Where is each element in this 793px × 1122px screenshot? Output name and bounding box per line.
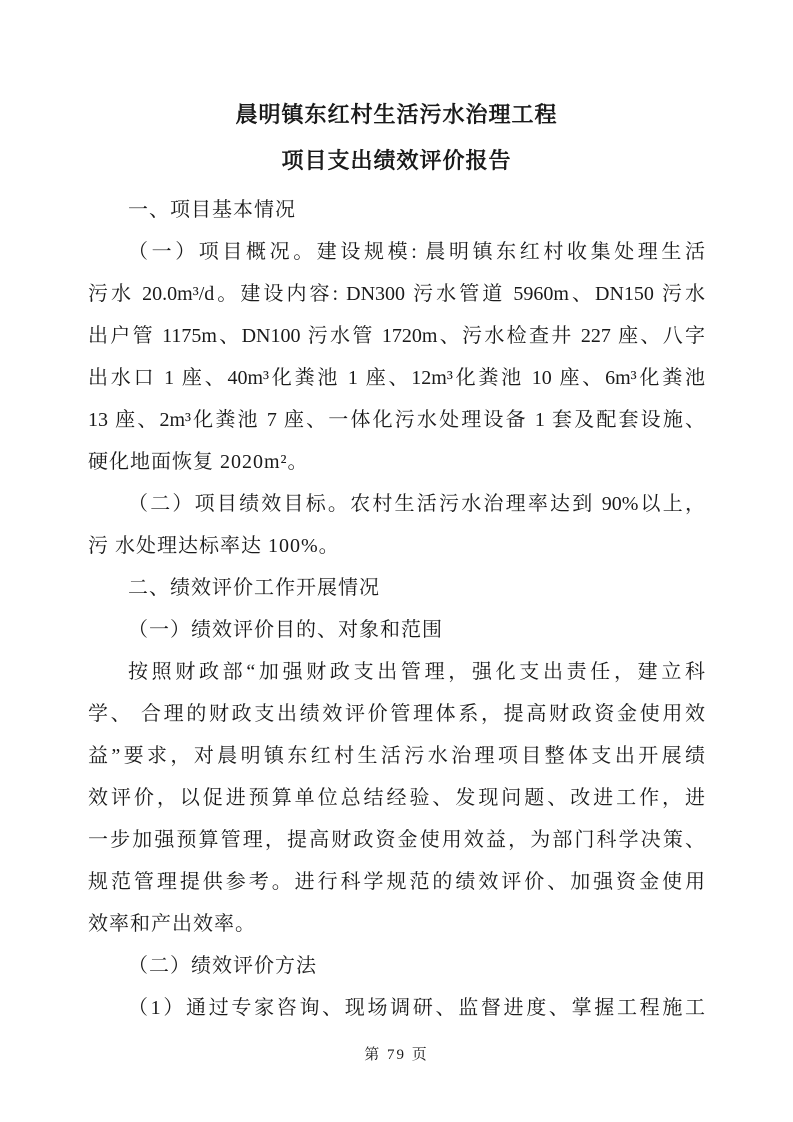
body-line: （二）项目绩效目标。农村生活污水治理率达到 90%以上， [88,483,705,525]
body-line: 学、 合理的财政支出绩效评价管理体系，提高财政资金使用效 [88,693,705,735]
body-line: 效评价，以促进预算单位总结经验、发现问题、改进工作，进 [88,777,705,819]
body-line: （一）项目概况。建设规模: 晨明镇东红村收集处理生活 [88,231,705,273]
body-line: 规范管理提供参考。进行科学规范的绩效评价、加强资金使用 [88,861,705,903]
body-line: 13 座、2m³化粪池 7 座、一体化污水处理设备 1 套及配套设施、 [88,399,705,441]
body-line: （二）绩效评价方法 [88,945,705,987]
document-body: 一、项目基本情况（一）项目概况。建设规模: 晨明镇东红村收集处理生活污水 20.… [88,189,705,1029]
document-content: 晨明镇东红村生活污水治理工程 项目支出绩效评价报告 一、项目基本情况（一）项目概… [88,92,705,1029]
body-line: （1）通过专家咨询、现场调研、监督进度、掌握工程施工 [88,987,705,1029]
body-line: 益”要求，对晨明镇东红村生活污水治理项目整体支出开展绩 [88,735,705,777]
body-line: 一、项目基本情况 [88,189,705,231]
body-line: 出水口 1 座、40m³化粪池 1 座、12m³化粪池 10 座、6m³化粪池 [88,357,705,399]
body-line: 污水 20.0m³/d。建设内容: DN300 污水管道 5960m、DN150… [88,273,705,315]
body-line: 硬化地面恢复 2020m²。 [88,441,705,483]
body-line: 一步加强预算管理，提高财政资金使用效益，为部门科学决策、 [88,819,705,861]
page-number-footer: 第 79 页 [0,1044,793,1066]
body-line: 污 水处理达标率达 100%。 [88,525,705,567]
body-line: 按照财政部“加强财政支出管理，强化支出责任，建立科 [88,651,705,693]
body-line: 二、绩效评价工作开展情况 [88,567,705,609]
body-line: 效率和产出效率。 [88,903,705,945]
body-line: （一）绩效评价目的、对象和范围 [88,609,705,651]
document-page: 晨明镇东红村生活污水治理工程 项目支出绩效评价报告 一、项目基本情况（一）项目概… [0,0,793,1122]
document-title-line1: 晨明镇东红村生活污水治理工程 [88,92,705,138]
document-title-line2: 项目支出绩效评价报告 [88,138,705,184]
body-line: 出户管 1175m、DN100 污水管 1720m、污水检查井 227 座、八字 [88,315,705,357]
